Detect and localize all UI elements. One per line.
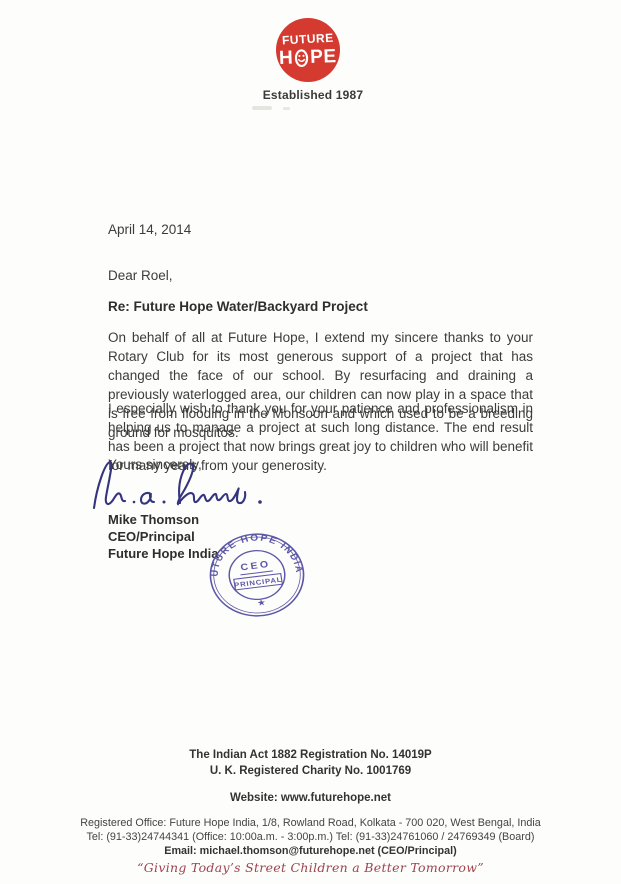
ceo-principal-stamp: FUTURE HOPE INDIA CEO PRINCIPAL ★ (208, 532, 306, 618)
email-line: Email: michael.thomson@futurehope.net (C… (0, 845, 621, 857)
signer-title: CEO/Principal (108, 528, 219, 545)
logo-letters-pe: PE (310, 46, 337, 68)
stamp-ring-text: FUTURE HOPE INDIA (208, 532, 305, 585)
svg-text:FUTURE HOPE INDIA: FUTURE HOPE INDIA (208, 532, 305, 585)
logo-word-hope: H PE (279, 46, 337, 69)
signer-block: Mike Thomson CEO/Principal Future Hope I… (108, 511, 219, 562)
website-line: Website: www.futurehope.net (0, 792, 621, 804)
logo-word-future: FUTURE (282, 31, 334, 47)
scan-smudge (252, 106, 272, 110)
futurehope-logo: FUTURE H PE (276, 18, 340, 82)
registration-india: The Indian Act 1882 Registration No. 140… (0, 749, 621, 761)
charity-tagline: “Giving Today’s Street Children a Better… (0, 860, 621, 875)
signature-handwriting (88, 456, 303, 516)
salutation: Dear Roel, (108, 266, 173, 285)
logo-letter-h: H (279, 47, 294, 68)
scan-smudge (283, 107, 290, 110)
established-label: Established 1987 (230, 88, 396, 102)
letter-date: April 14, 2014 (108, 220, 191, 239)
signer-name: Mike Thomson (108, 511, 219, 528)
smiley-face-icon (294, 47, 310, 68)
letter-page: FUTURE H PE Established 1987 April 14, 2… (0, 0, 621, 884)
registration-uk: U. K. Registered Charity No. 1001769 (0, 765, 621, 777)
telephone-line: Tel: (91-33)24744341 (Office: 10:00a.m. … (0, 831, 621, 843)
stamp-star-icon: ★ (256, 598, 266, 608)
subject-line: Re: Future Hope Water/Backyard Project (108, 297, 368, 316)
registered-office-address: Registered Office: Future Hope India, 1/… (0, 817, 621, 829)
signer-org: Future Hope India (108, 545, 219, 562)
